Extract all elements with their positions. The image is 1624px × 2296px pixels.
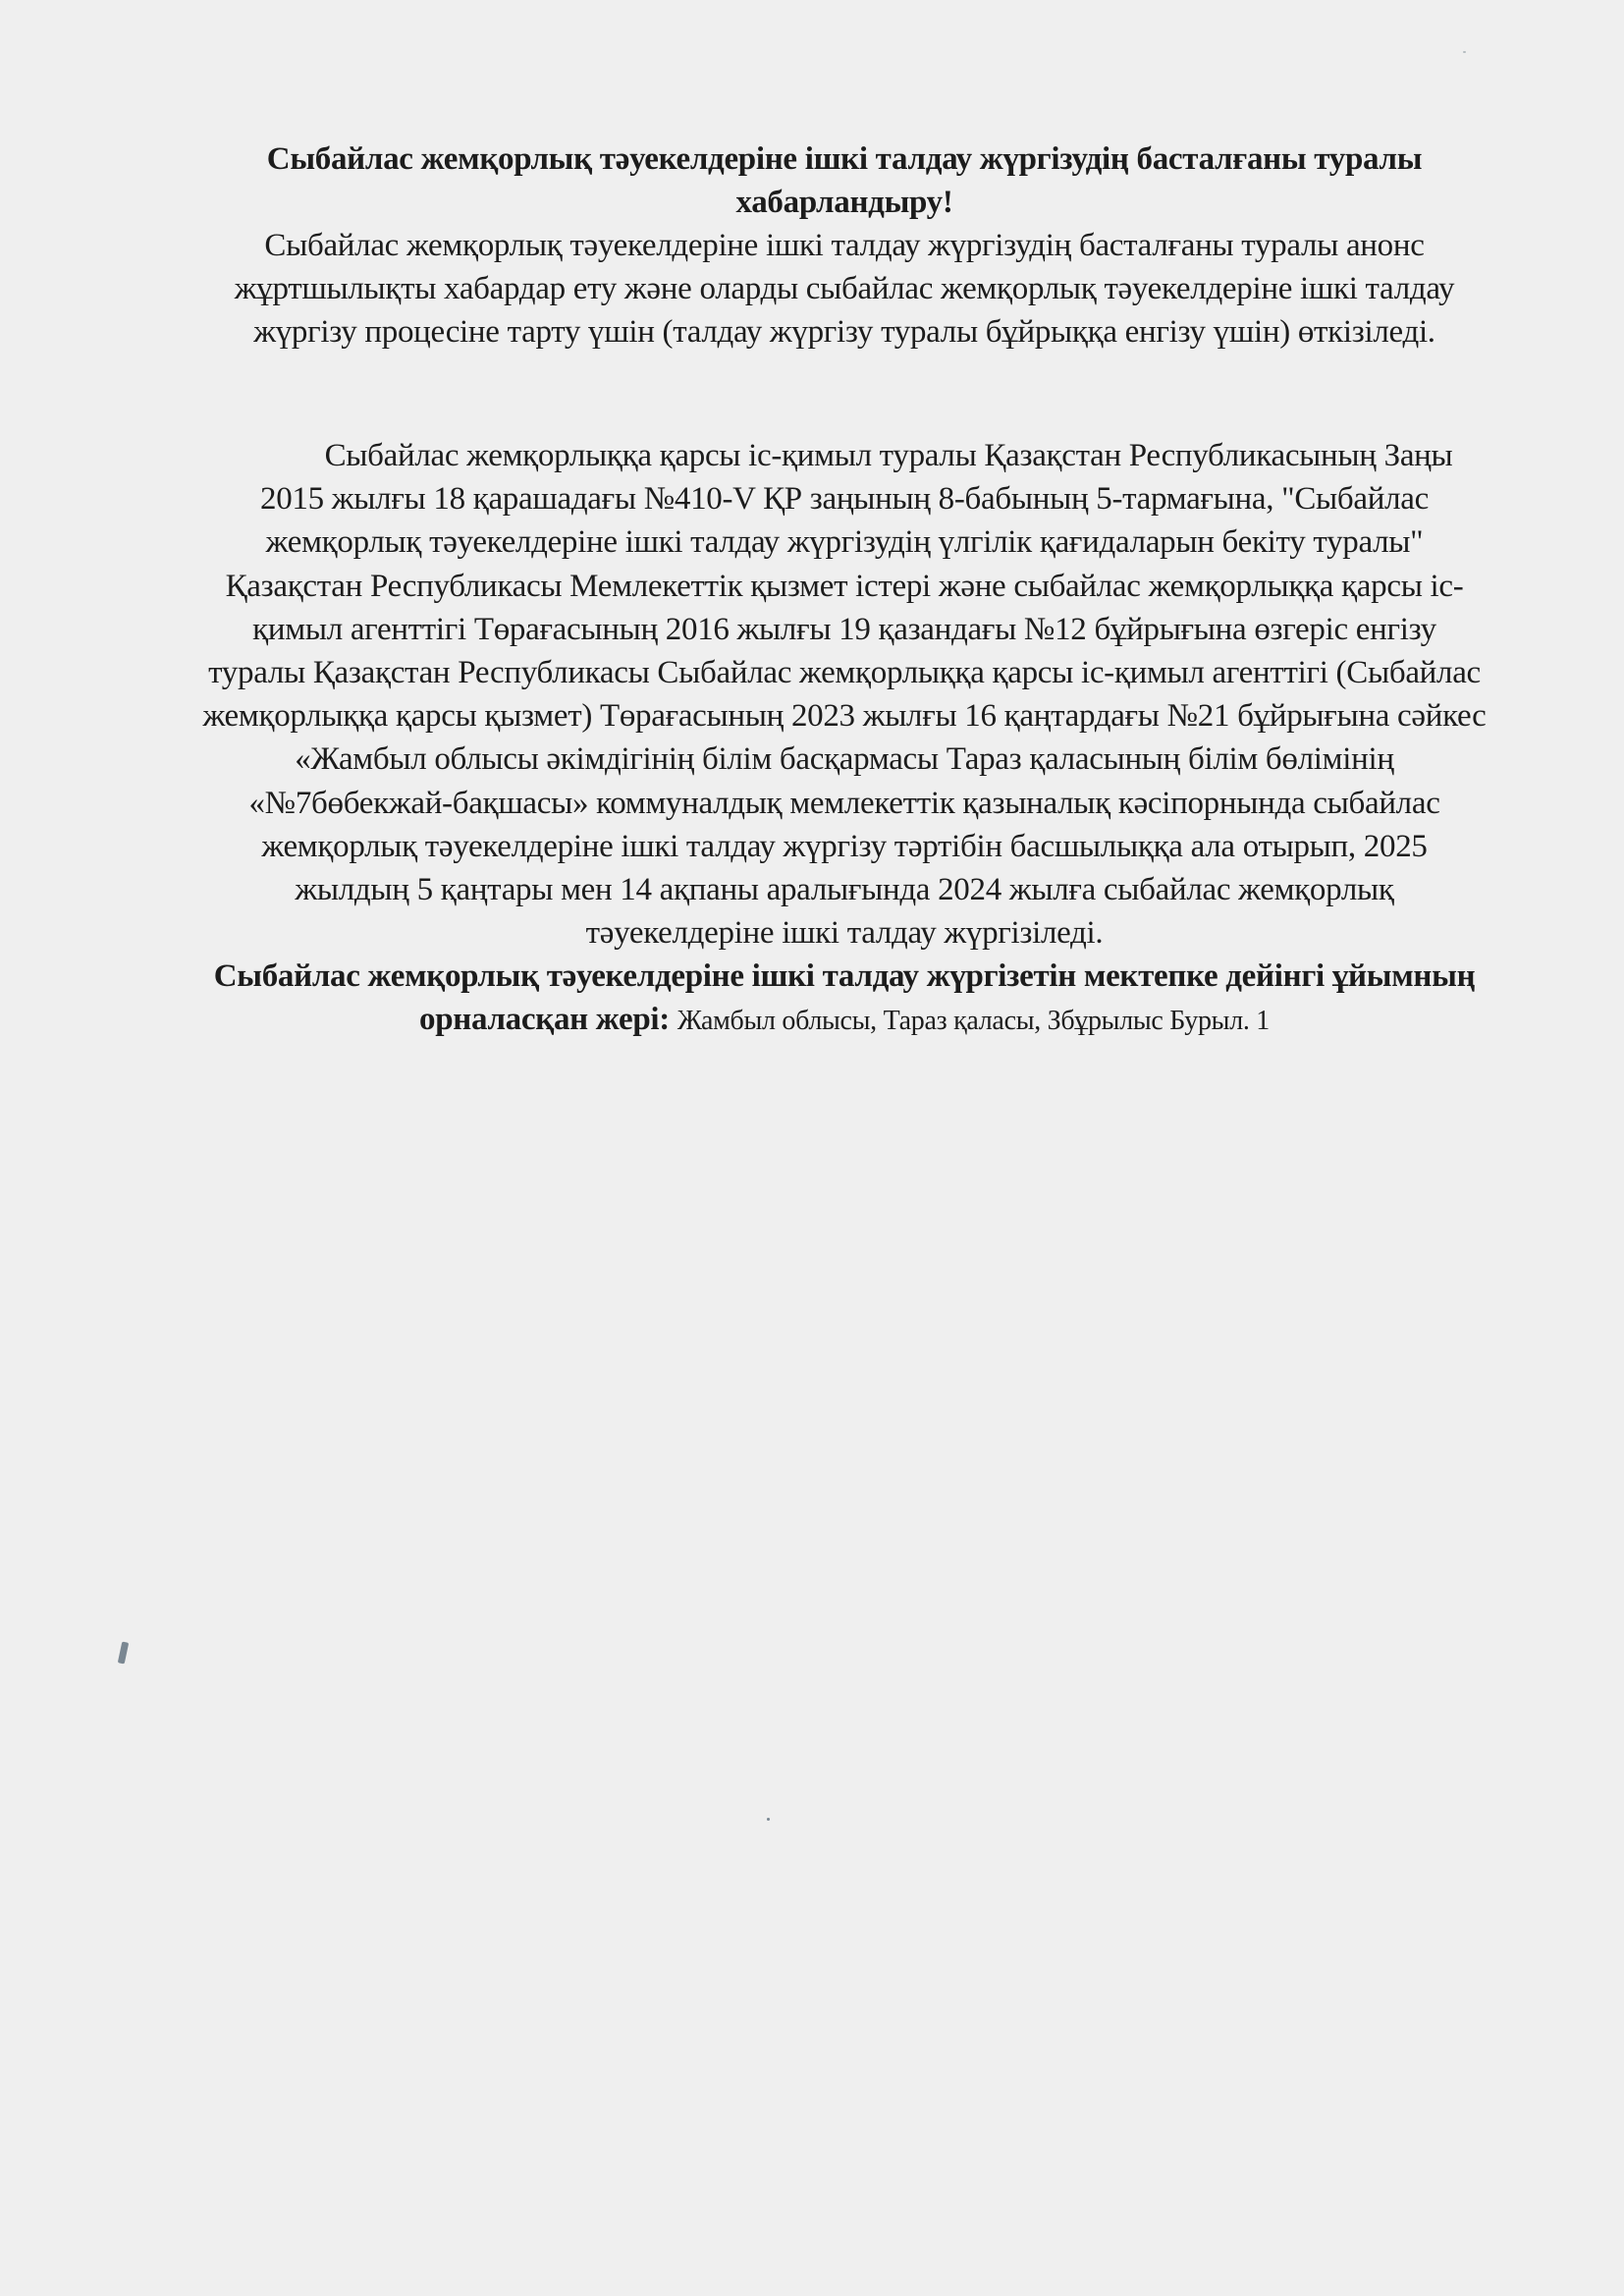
location-paragraph: Сыбайлас жемқорлық тәуекелдеріне ішкі та… — [201, 955, 1488, 1043]
scan-speck-mark — [118, 1642, 129, 1665]
body-text: Сыбайлас жемқорлыққа қарсы іс-қимыл тура… — [202, 438, 1486, 951]
intro-paragraph: Сыбайлас жемқорлық тәуекелдеріне ішкі та… — [201, 224, 1488, 354]
scan-speck-dot — [767, 1818, 770, 1821]
body-paragraph: Сыбайлас жемқорлыққа қарсы іс-қимыл тура… — [201, 434, 1488, 955]
scan-speck-dot — [1463, 51, 1466, 53]
document-page: Сыбайлас жемқорлық тәуекелдеріне ішкі та… — [201, 137, 1488, 1043]
document-title: Сыбайлас жемқорлық тәуекелдеріне ішкі та… — [201, 137, 1488, 224]
location-address: Жамбыл облысы, Тараз қаласы, Збұрылыс Бу… — [677, 1006, 1270, 1036]
